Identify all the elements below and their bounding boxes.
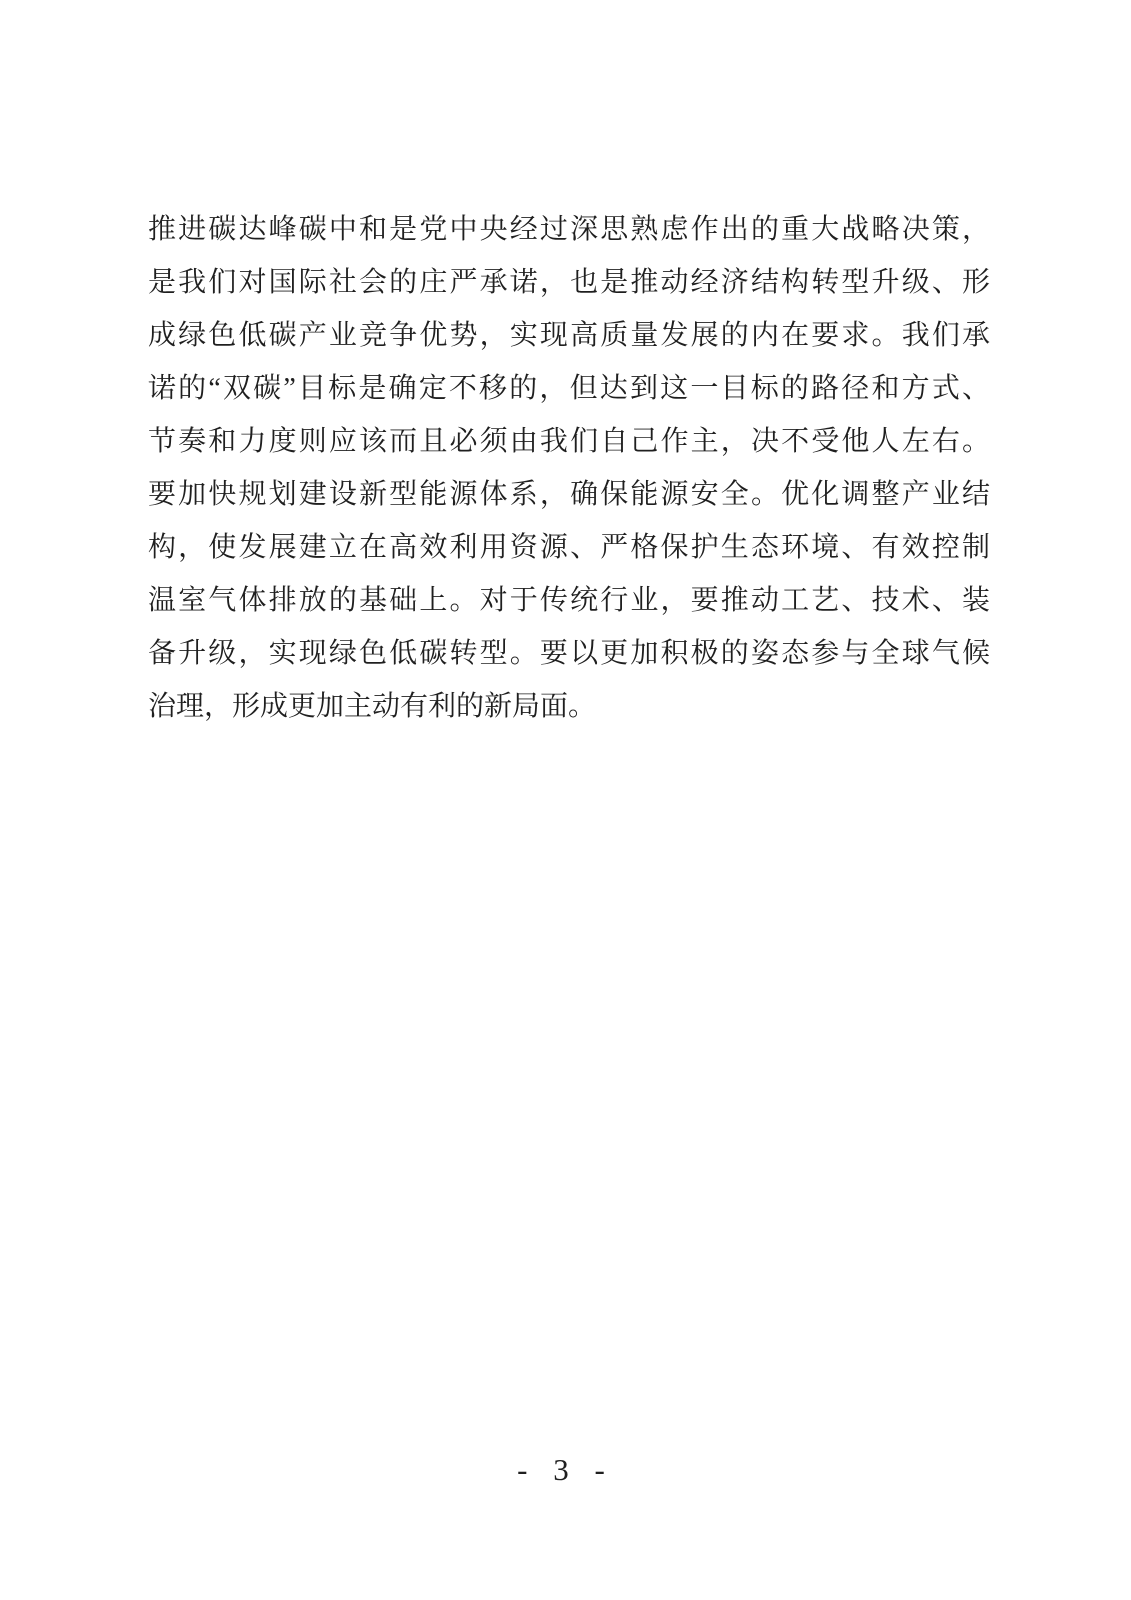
body-text-line: 诺的“双碳”目标是确定不移的，但达到这一目标的路径和方式、 xyxy=(148,362,990,415)
body-text-line: 构，使发展建立在高效利用资源、严格保护生态环境、有效控制 xyxy=(148,521,990,574)
body-text-line: 节奏和力度则应该而且必须由我们自己作主，决不受他人左右。 xyxy=(148,415,990,468)
body-text-line: 推进碳达峰碳中和是党中央经过深思熟虑作出的重大战略决策， xyxy=(148,203,990,256)
body-text-block: 推进碳达峰碳中和是党中央经过深思熟虑作出的重大战略决策， 是我们对国际社会的庄严… xyxy=(148,203,990,733)
document-page: 推进碳达峰碳中和是党中央经过深思熟虑作出的重大战略决策， 是我们对国际社会的庄严… xyxy=(0,0,1131,1600)
body-text-line: 成绿色低碳产业竞争优势，实现高质量发展的内在要求。我们承 xyxy=(148,309,990,362)
body-text-line: 是我们对国际社会的庄严承诺，也是推动经济结构转型升级、形 xyxy=(148,256,990,309)
body-text-line: 要加快规划建设新型能源体系，确保能源安全。优化调整产业结 xyxy=(148,468,990,521)
page-number: - 3 - xyxy=(517,1452,614,1488)
body-text-line: 治理，形成更加主动有利的新局面。 xyxy=(148,680,990,733)
page-footer: - 3 - xyxy=(0,1452,1131,1488)
body-text-line: 温室气体排放的基础上。对于传统行业，要推动工艺、技术、装 xyxy=(148,574,990,627)
body-text-line: 备升级，实现绿色低碳转型。要以更加积极的姿态参与全球气候 xyxy=(148,627,990,680)
